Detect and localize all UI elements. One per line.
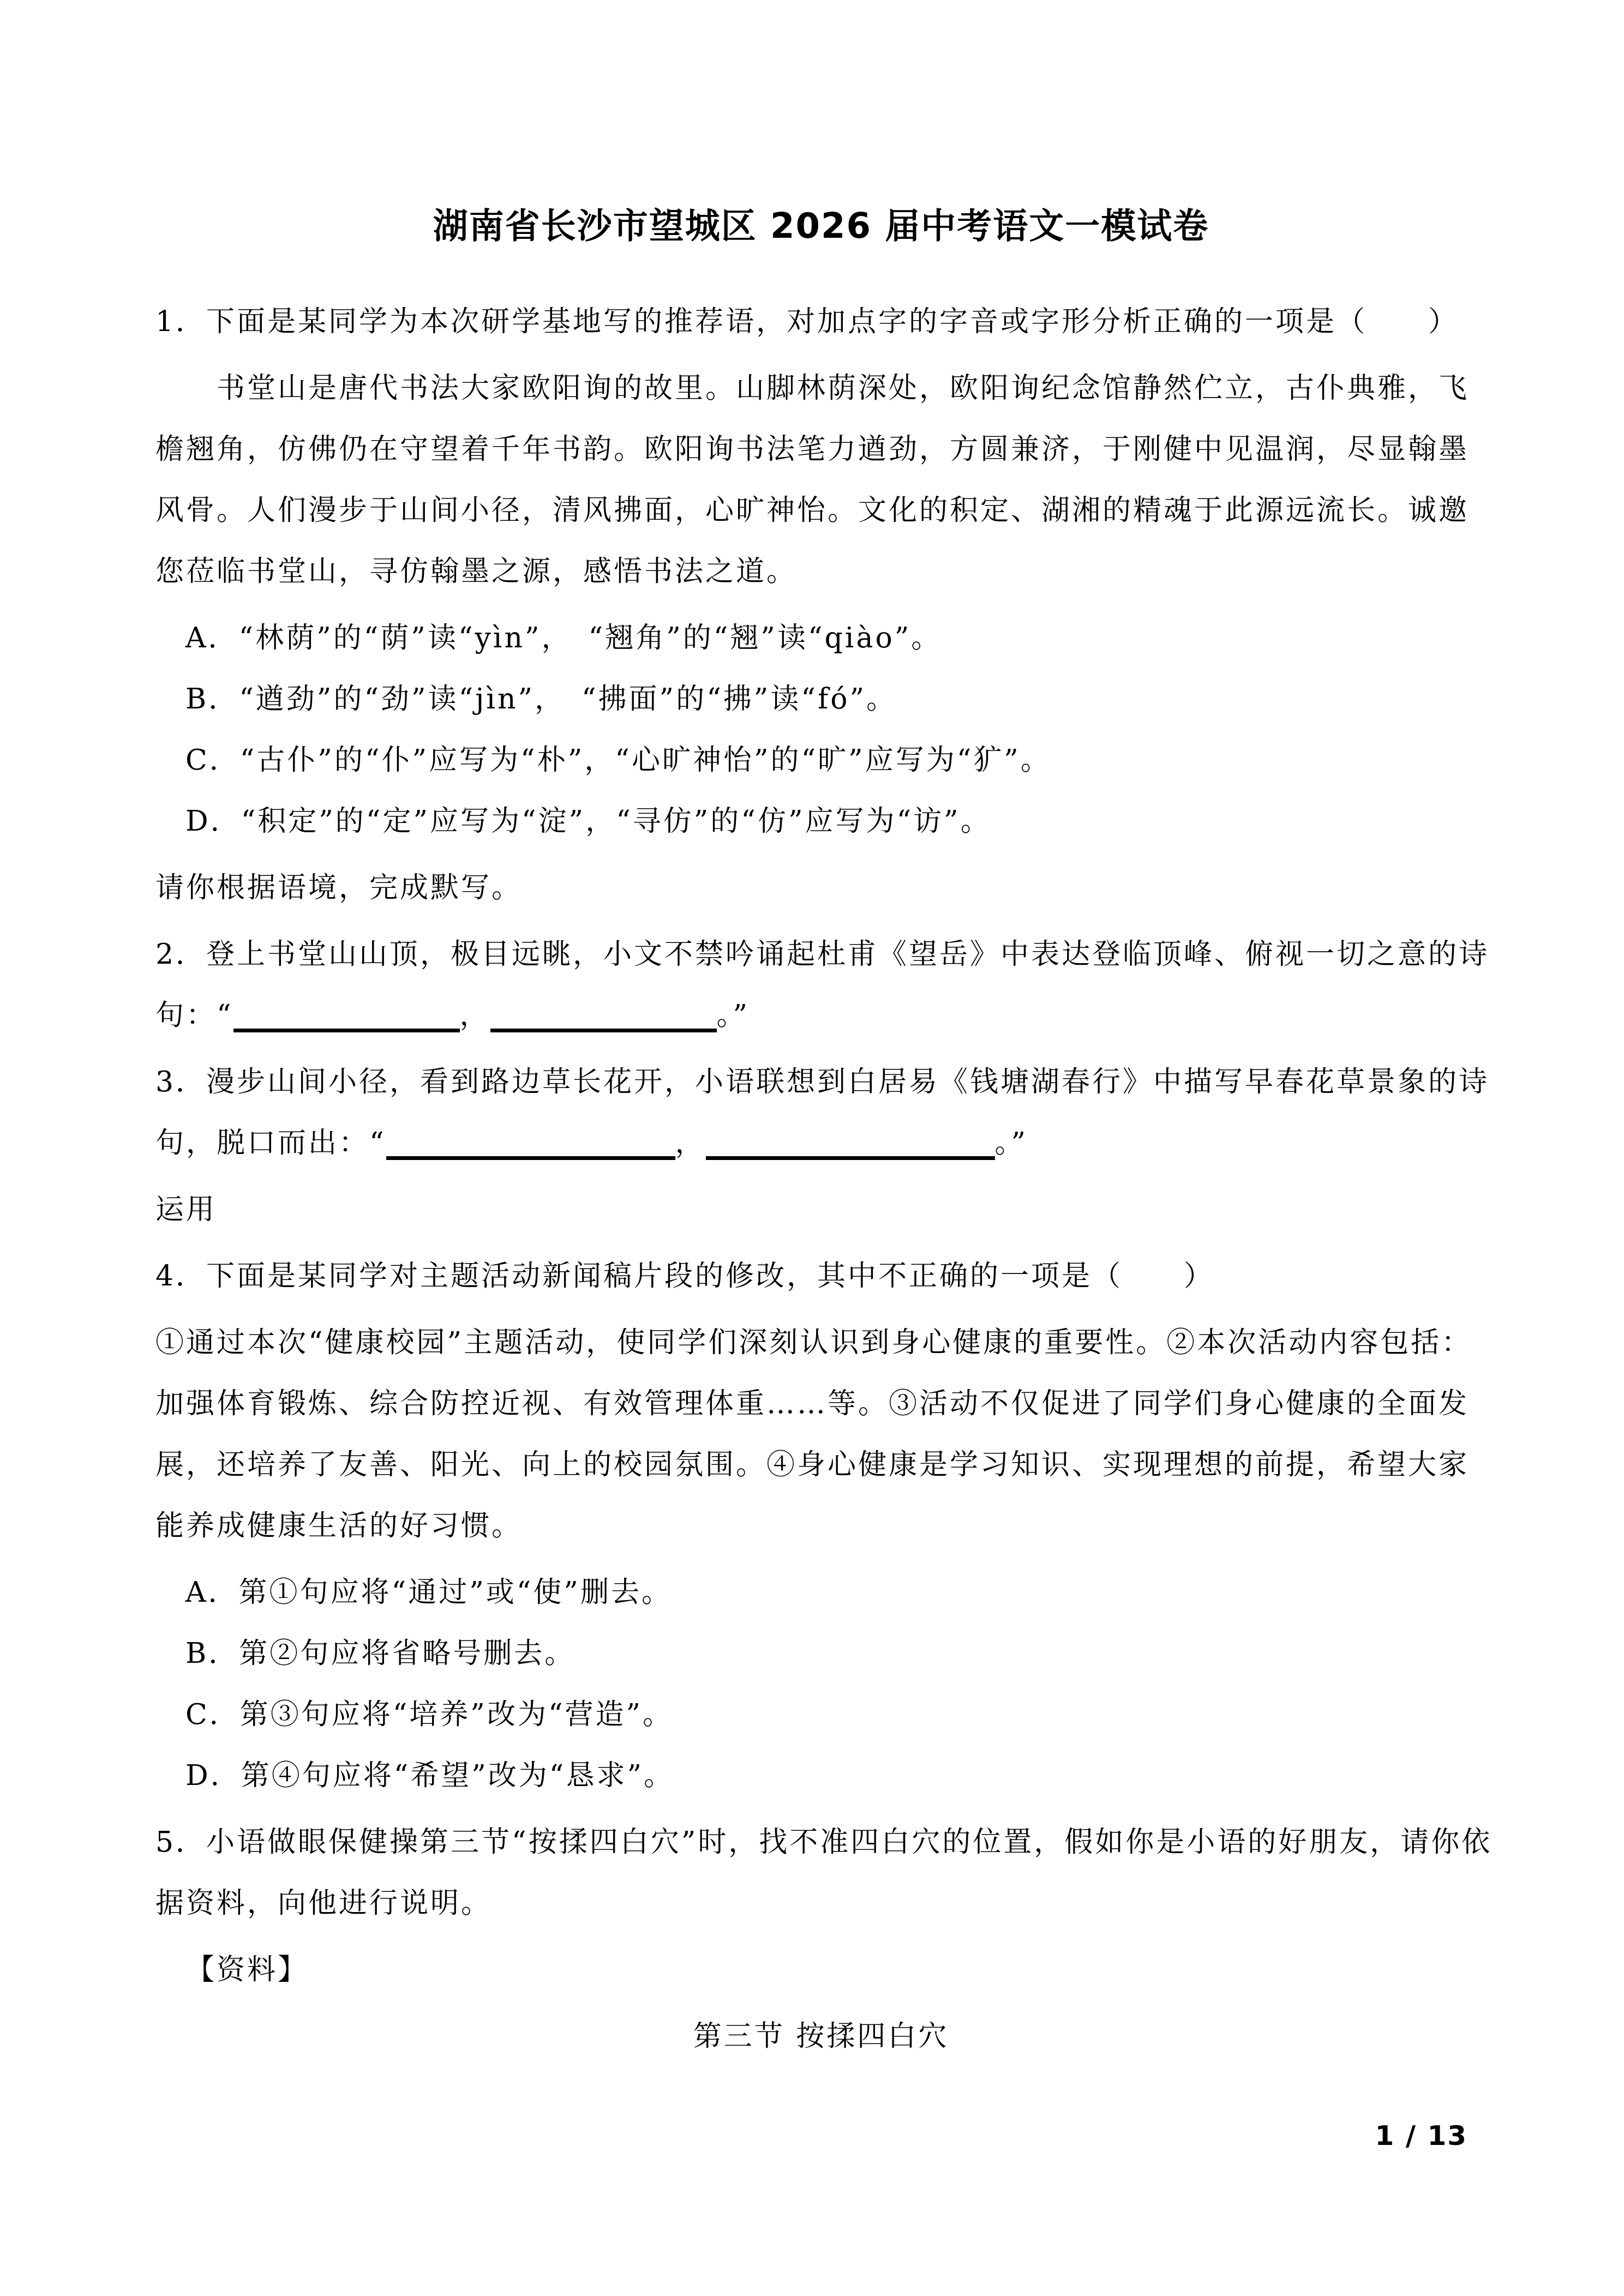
section-label-yunyong: 运用	[155, 1179, 1487, 1240]
q5-line-1: 5．小语做眼保健操第三节“按揉四白穴”时，找不准四白穴的位置，假如你是小语的好朋…	[155, 1812, 1487, 1873]
q3: 3．漫步山间小径，看到路边草长花开，小语联想到白居易《钱塘湖春行》中描写早春花草…	[155, 1051, 1487, 1174]
q2-blank-line: 句：“，。”	[155, 985, 1487, 1046]
q4-passage: ①通过本次“健康校园”主题活动，使同学们深刻认识到身心健康的重要性。②本次活动内…	[155, 1312, 1487, 1556]
q4: 4．下面是某同学对主题活动新闻稿片段的修改，其中不正确的一项是（ ）	[155, 1246, 1487, 1307]
q1-passage-line: 风骨。人们漫步于山间小径，清风拂面，心旷神怡。文化的积定、湖湘的精魂于此源远流长…	[155, 480, 1487, 541]
material-heading-block: 第三节 按揉四白穴	[155, 2006, 1487, 2067]
q4-option-c: C．第③句应将“培养”改为“营造”。	[155, 1684, 1487, 1745]
q4-passage-line: ①通过本次“健康校园”主题活动，使同学们深刻认识到身心健康的重要性。②本次活动内…	[155, 1312, 1487, 1373]
q4-option-d: D．第④句应将“希望”改为“恳求”。	[155, 1745, 1487, 1806]
dictation-intro: 请你根据语境，完成默写。	[155, 857, 1487, 918]
q1-stem: 1．下面是某同学为本次研学基地写的推荐语，对加点字的字音或字形分析正确的一项是（…	[155, 291, 1487, 352]
q1-passage-line: 檐翘角，仿佛仍在守望着千年书韵。欧阳询书法笔力遒劲，方圆兼济，于刚健中见温润，尽…	[155, 419, 1487, 480]
q1-passage-line: 您莅临书堂山，寻仿翰墨之源，感悟书法之道。	[155, 541, 1487, 602]
q3-answer-blank-2	[706, 1156, 995, 1160]
exam-page: 湖南省长沙市望城区 2026 届中考语文一模试卷 1．下面是某同学为本次研学基地…	[0, 0, 1624, 2296]
q3-answer-blank-1	[386, 1156, 675, 1160]
material-heading: 第三节 按揉四白穴	[155, 2006, 1487, 2067]
q2-blank-prefix: 句：“	[155, 999, 233, 1032]
q4-passage-line: 能养成健康生活的好习惯。	[155, 1495, 1487, 1556]
q2-answer-blank-1	[233, 1029, 460, 1032]
q2-answer-blank-2	[490, 1029, 717, 1032]
q3-blank-prefix: 句，脱口而出：“	[155, 1127, 386, 1159]
q1-option-b: B．“遒劲”的“劲”读“jìn”， “拂面”的“拂”读“fó”。	[155, 669, 1487, 730]
q2: 2．登上书堂山山顶，极目远眺，小文不禁吟诵起杜甫《望岳》中表达登临顶峰、俯视一切…	[155, 924, 1487, 1046]
q3-stem-line: 3．漫步山间小径，看到路边草长花开，小语联想到白居易《钱塘湖春行》中描写早春花草…	[155, 1051, 1487, 1113]
page-title: 湖南省长沙市望城区 2026 届中考语文一模试卷	[155, 196, 1487, 257]
q4-passage-line: 展，还培养了友善、阳光、向上的校园氛围。④身心健康是学习知识、实现理想的前提，希…	[155, 1434, 1487, 1495]
q5-line-2: 据资料，向他进行说明。	[155, 1873, 1487, 1934]
q4-stem: 4．下面是某同学对主题活动新闻稿片段的修改，其中不正确的一项是（ ）	[155, 1246, 1487, 1307]
q1-passage: 书堂山是唐代书法大家欧阳询的故里。山脚林荫深处，欧阳询纪念馆静然伫立，古仆典雅，…	[155, 358, 1487, 602]
q4-passage-line: 加强体育锻炼、综合防控近视、有效管理体重……等。③活动不仅促进了同学们身心健康的…	[155, 1373, 1487, 1434]
q1-option-a: A．“林荫”的“荫”读“yìn”， “翘角”的“翘”读“qiào”。	[155, 608, 1487, 669]
dictation-intro-text: 请你根据语境，完成默写。	[155, 857, 1487, 918]
section-label-text: 运用	[155, 1179, 1487, 1240]
q2-blank-separator: ，	[460, 999, 490, 1032]
q4-option-a: A．第①句应将“通过”或“使”删去。	[155, 1562, 1487, 1623]
q2-stem-line: 2．登上书堂山山顶，极目远眺，小文不禁吟诵起杜甫《望岳》中表达登临顶峰、俯视一切…	[155, 924, 1487, 985]
q1-options: A．“林荫”的“荫”读“yìn”， “翘角”的“翘”读“qiào”。 B．“遒劲…	[155, 608, 1487, 852]
q1-option-c: C．“古仆”的“仆”应写为“朴”，“心旷神怡”的“旷”应写为“犷”。	[155, 730, 1487, 791]
page-content: 湖南省长沙市望城区 2026 届中考语文一模试卷 1．下面是某同学为本次研学基地…	[155, 196, 1487, 2072]
q5: 5．小语做眼保健操第三节“按揉四白穴”时，找不准四白穴的位置，假如你是小语的好朋…	[155, 1812, 1487, 1934]
q3-blank-line: 句，脱口而出：“，。”	[155, 1113, 1487, 1174]
q2-blank-suffix: 。”	[717, 999, 750, 1032]
q1: 1．下面是某同学为本次研学基地写的推荐语，对加点字的字音或字形分析正确的一项是（…	[155, 291, 1487, 352]
q1-passage-line: 书堂山是唐代书法大家欧阳询的故里。山脚林荫深处，欧阳询纪念馆静然伫立，古仆典雅，…	[155, 358, 1487, 419]
material-label: 【资料】	[155, 1939, 1487, 2000]
page-number: 1 / 13	[1375, 2119, 1467, 2152]
q1-option-d: D．“积定”的“定”应写为“淀”，“寻仿”的“仿”应写为“访”。	[155, 791, 1487, 852]
q4-option-b: B．第②句应将省略号删去。	[155, 1623, 1487, 1684]
material-label-block: 【资料】	[155, 1939, 1487, 2000]
q4-options: A．第①句应将“通过”或“使”删去。 B．第②句应将省略号删去。 C．第③句应将…	[155, 1562, 1487, 1806]
q3-blank-suffix: 。”	[995, 1127, 1028, 1159]
q3-blank-separator: ，	[675, 1127, 706, 1159]
